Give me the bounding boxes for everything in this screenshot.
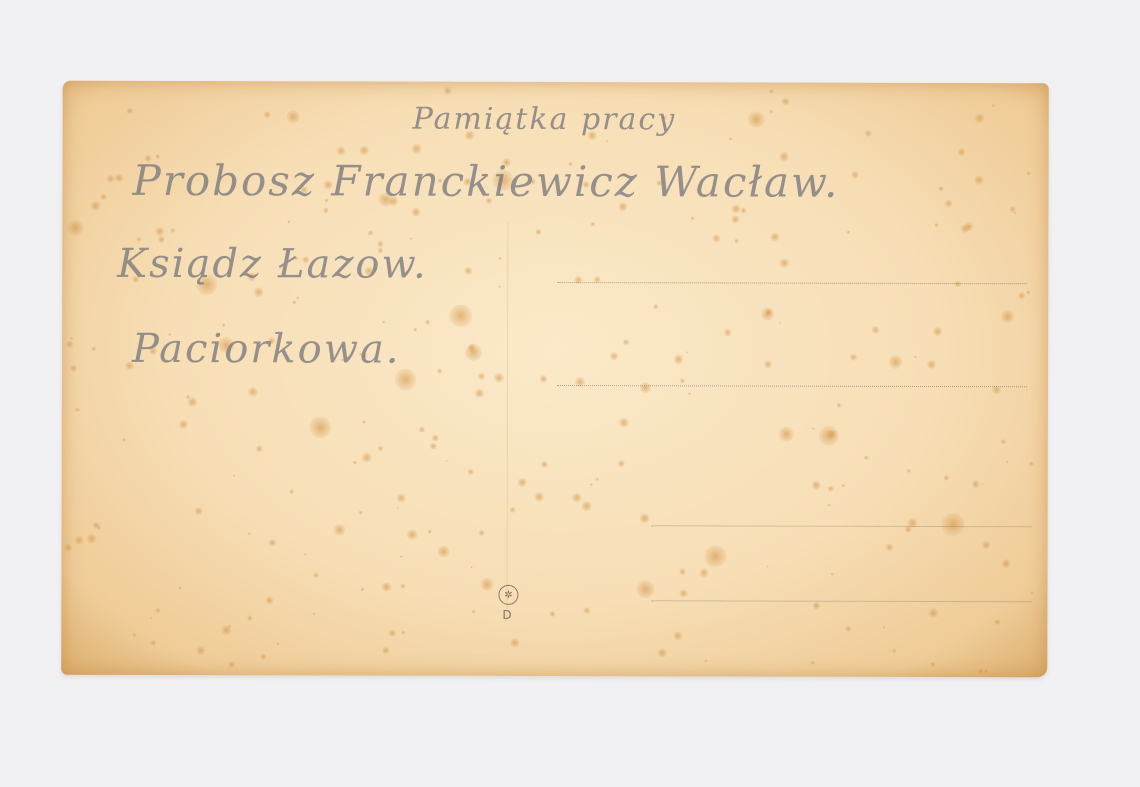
address-line [557,282,1027,284]
handwritten-heading: Pamiątka pracy [413,102,677,138]
postcard: Pamiątka pracy Probosz Franckiewicz Wacł… [61,81,1049,678]
publisher-logo-icon: ✲ [498,585,518,605]
address-line [557,385,1027,387]
center-divider [506,222,508,622]
handwritten-line-2: Ksiądz Łazow. [117,241,428,288]
handwritten-line-3: Paciorkowa. [132,326,401,373]
handwritten-line-1: Probosz Franckiewicz Wacław. [132,156,839,207]
address-line [651,600,1031,602]
address-line [652,525,1032,527]
printed-mark: D [502,608,511,622]
